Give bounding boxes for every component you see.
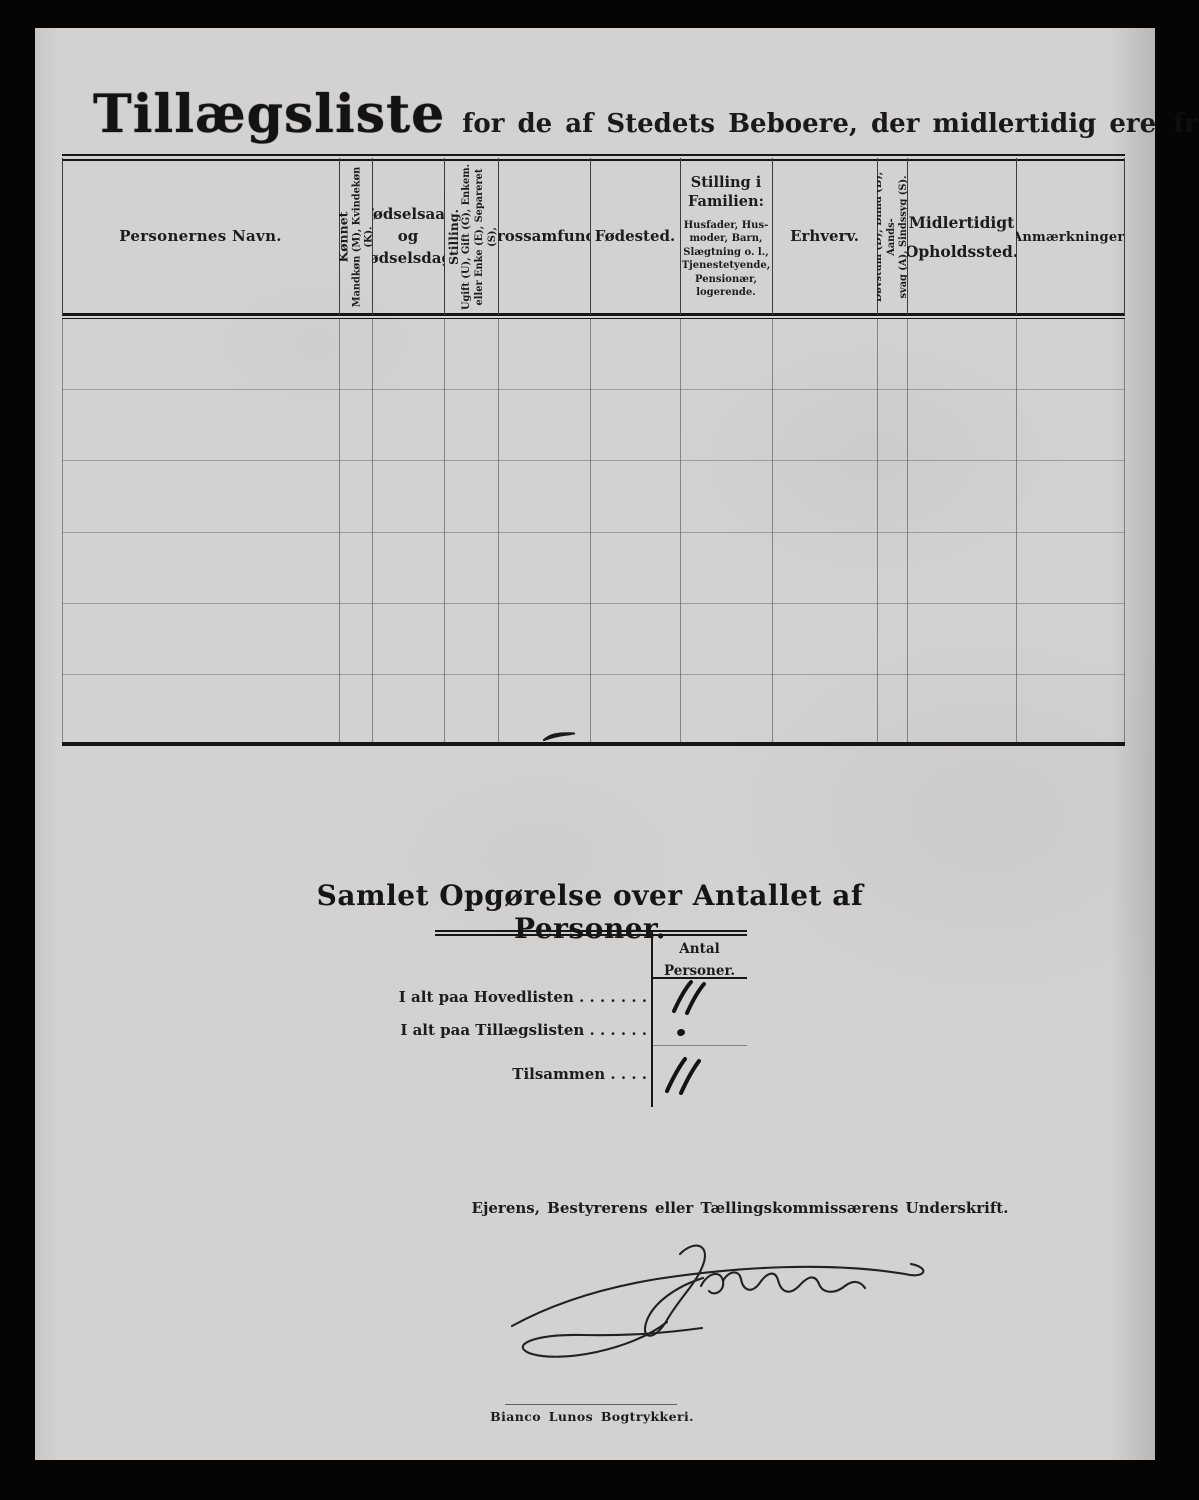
column-label: Trossamfund. <box>498 226 590 248</box>
table-bottom-rule <box>62 742 1125 746</box>
column-divider-body <box>498 319 499 742</box>
footer-divider <box>505 1404 677 1405</box>
title-main: Tillægsliste <box>93 84 445 145</box>
handwritten-value-tilsammen: 11 <box>659 1055 703 1095</box>
column-label-detail: Husfader, Hus- moder, Barn, Slægtning o.… <box>682 219 771 300</box>
column-header-midlertidigt: Midlertidigt Opholdssted. <box>907 162 1016 312</box>
vertical-label: Kønnet Mandkøn (M), Kvindekøn (K). <box>339 162 372 312</box>
row-line <box>62 460 1125 461</box>
title-subtitle: for de af Stedets Beboere, der midlertid… <box>462 109 1156 139</box>
row-line <box>62 532 1125 533</box>
column-label: Fødested. <box>595 226 676 248</box>
column-header-doevstum: Døvstum (D), Blind (B), Aands- svag (A),… <box>877 162 907 312</box>
ink-mark <box>541 729 577 743</box>
column-header-anmaerkninger: Anmærkninger. <box>1016 162 1124 312</box>
column-divider <box>1124 158 1125 315</box>
column-divider-body <box>680 319 681 742</box>
column-divider-body <box>877 319 878 742</box>
signature-caption: Ejerens, Bestyrerens eller Tællingskommi… <box>440 1199 1040 1217</box>
vertical-label: Døvstum (D), Blind (B), Aands- svag (A),… <box>877 162 907 312</box>
column-header-aegteskabelig: Ægteskabelig Stilling. Ugift (U), Gift (… <box>444 162 498 312</box>
column-divider-body <box>590 319 591 742</box>
printer-imprint: Bianco Lunos Bogtrykkeri. <box>462 1409 722 1424</box>
column-label: Stilling i Familien: <box>688 174 764 212</box>
column-header-stilling: Stilling i Familien: Husfader, Hus- mode… <box>680 162 772 312</box>
handwritten-value-hovedlisten: 11 <box>667 979 709 1015</box>
column-header-trossamfund: Trossamfund. <box>498 162 590 312</box>
column-label-detail: Mandkøn (M), Kvindekøn (K). <box>351 162 372 312</box>
summary-top-rule <box>435 930 747 932</box>
header-bottom-rule-2 <box>62 318 1125 320</box>
column-label-detail: Ugift (U), Gift (G), Enkem. eller Enke (… <box>461 162 498 312</box>
document-page: Tillægsliste for de af Stedets Beboere, … <box>35 28 1155 1460</box>
column-label: Fødselsaar og Fødselsdag. <box>372 204 444 269</box>
header-bottom-rule <box>62 313 1125 316</box>
row-line <box>62 674 1125 675</box>
column-header-koennet: Kønnet Mandkøn (M), Kvindekøn (K). <box>339 162 372 312</box>
column-header-foedselsaar: Fødselsaar og Fødselsdag. <box>372 162 444 312</box>
handwritten-value-tillaegslisten: · <box>676 1028 686 1037</box>
summary-row-label-hovedlisten: I alt paa Hovedlisten . . . . . . . <box>345 988 647 1006</box>
table-top-rule <box>62 154 1125 156</box>
column-divider-body <box>444 319 445 742</box>
column-label: Kønnet <box>339 162 351 312</box>
page-title: Tillægsliste for de af Stedets Beboere, … <box>93 84 1133 145</box>
scan-background: { "title": { "main": "Tillægsliste", "su… <box>0 0 1199 1500</box>
summary-top-rule-2 <box>435 934 747 936</box>
column-divider-body <box>1124 319 1125 742</box>
signature-handwriting <box>497 1224 947 1364</box>
column-divider-body <box>372 319 373 742</box>
column-divider-body <box>1016 319 1017 742</box>
column-label: Erhverv. <box>790 226 859 248</box>
column-label: Personernes Navn. <box>119 226 282 248</box>
row-line <box>62 389 1125 390</box>
column-label: Ægteskabelig Stilling. <box>444 162 461 312</box>
summary-column-header: Antal Personer. <box>652 939 747 982</box>
summary-mid-rule <box>652 1045 747 1046</box>
title-subtitle-emphasis: fraværende. <box>1173 109 1199 139</box>
column-label: Midlertidigt Opholdssted. <box>907 208 1016 267</box>
column-header-foedested: Fødested. <box>590 162 680 312</box>
column-divider-body <box>772 319 773 742</box>
column-label-detail: Døvstum (D), Blind (B), Aands- svag (A),… <box>877 162 907 312</box>
summary-row-label-tillaegslisten: I alt paa Tillægslisten . . . . . . <box>345 1021 647 1039</box>
row-line <box>62 603 1125 604</box>
summary-row-label-tilsammen: Tilsammen . . . . <box>345 1065 647 1083</box>
column-header-erhverv: Erhverv. <box>772 162 877 312</box>
column-header-navn: Personernes Navn. <box>62 162 339 312</box>
vertical-label: Ægteskabelig Stilling. Ugift (U), Gift (… <box>444 162 498 312</box>
column-divider-body <box>339 319 340 742</box>
column-divider-body <box>62 319 63 742</box>
column-label: Anmærkninger. <box>1016 230 1124 245</box>
table-top-rule-2 <box>62 159 1125 161</box>
column-divider-body <box>907 319 908 742</box>
